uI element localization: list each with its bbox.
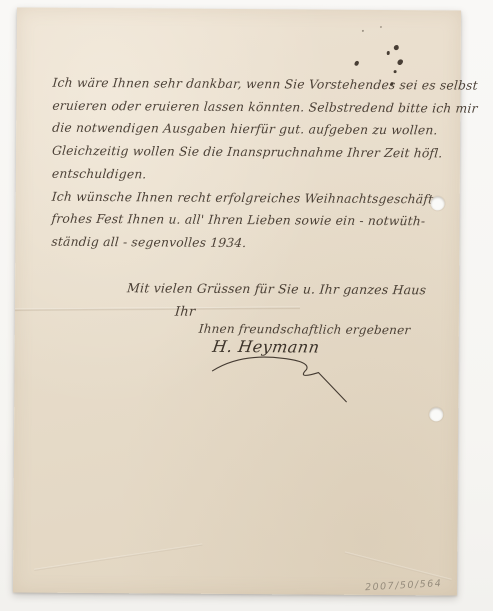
closing-pronoun: Ihr <box>174 305 195 320</box>
letter-line-5: entschuldigen. <box>51 163 478 189</box>
letter-body: Ich wäre Ihnen sehr dankbar, wenn Sie Vo… <box>51 72 478 257</box>
ink-spot <box>362 30 364 32</box>
punch-hole-bottom <box>429 407 443 421</box>
photo-background: Ich wäre Ihnen sehr dankbar, wenn Sie Vo… <box>0 0 493 611</box>
letter-line-7: frohes Fest Ihnen u. all' Ihren Lieben s… <box>51 208 478 234</box>
closing-valediction: Ihnen freundschaftlich ergebener <box>198 322 411 337</box>
punch-hole-top <box>431 196 445 210</box>
closing-greeting: Mit vielen Grüssen für Sie u. Ihr ganzes… <box>127 280 427 297</box>
letter-line-1: Ich wäre Ihnen sehr dankbar, wenn Sie Vo… <box>52 72 479 98</box>
ink-spot <box>393 45 399 51</box>
ink-spot <box>380 26 382 28</box>
paper-crease-bottom-left <box>34 543 202 570</box>
signature: H. Heymann <box>212 337 372 400</box>
ink-spot <box>394 70 397 73</box>
paper-crease-bottom-right <box>345 551 452 580</box>
catalog-number: 2007/50/564 <box>365 578 443 593</box>
letter-line-4: Gleichzeitig wollen Sie die Inanspruchna… <box>51 140 478 166</box>
ink-spot <box>354 60 359 66</box>
paper-crease-horizontal <box>15 306 300 311</box>
ink-spot <box>397 58 404 66</box>
letter-line-3: die notwendigen Ausgaben hierfür gut. au… <box>51 117 478 143</box>
letter-line-8: ständig all - segenvolles 1934. <box>51 231 478 257</box>
signature-flourish-icon <box>206 349 362 406</box>
letter-page: Ich wäre Ihnen sehr dankbar, wenn Sie Vo… <box>13 7 461 595</box>
letter-line-6: Ich wünsche Ihnen recht erfolgreiches We… <box>51 185 478 211</box>
ink-spot <box>387 51 390 55</box>
